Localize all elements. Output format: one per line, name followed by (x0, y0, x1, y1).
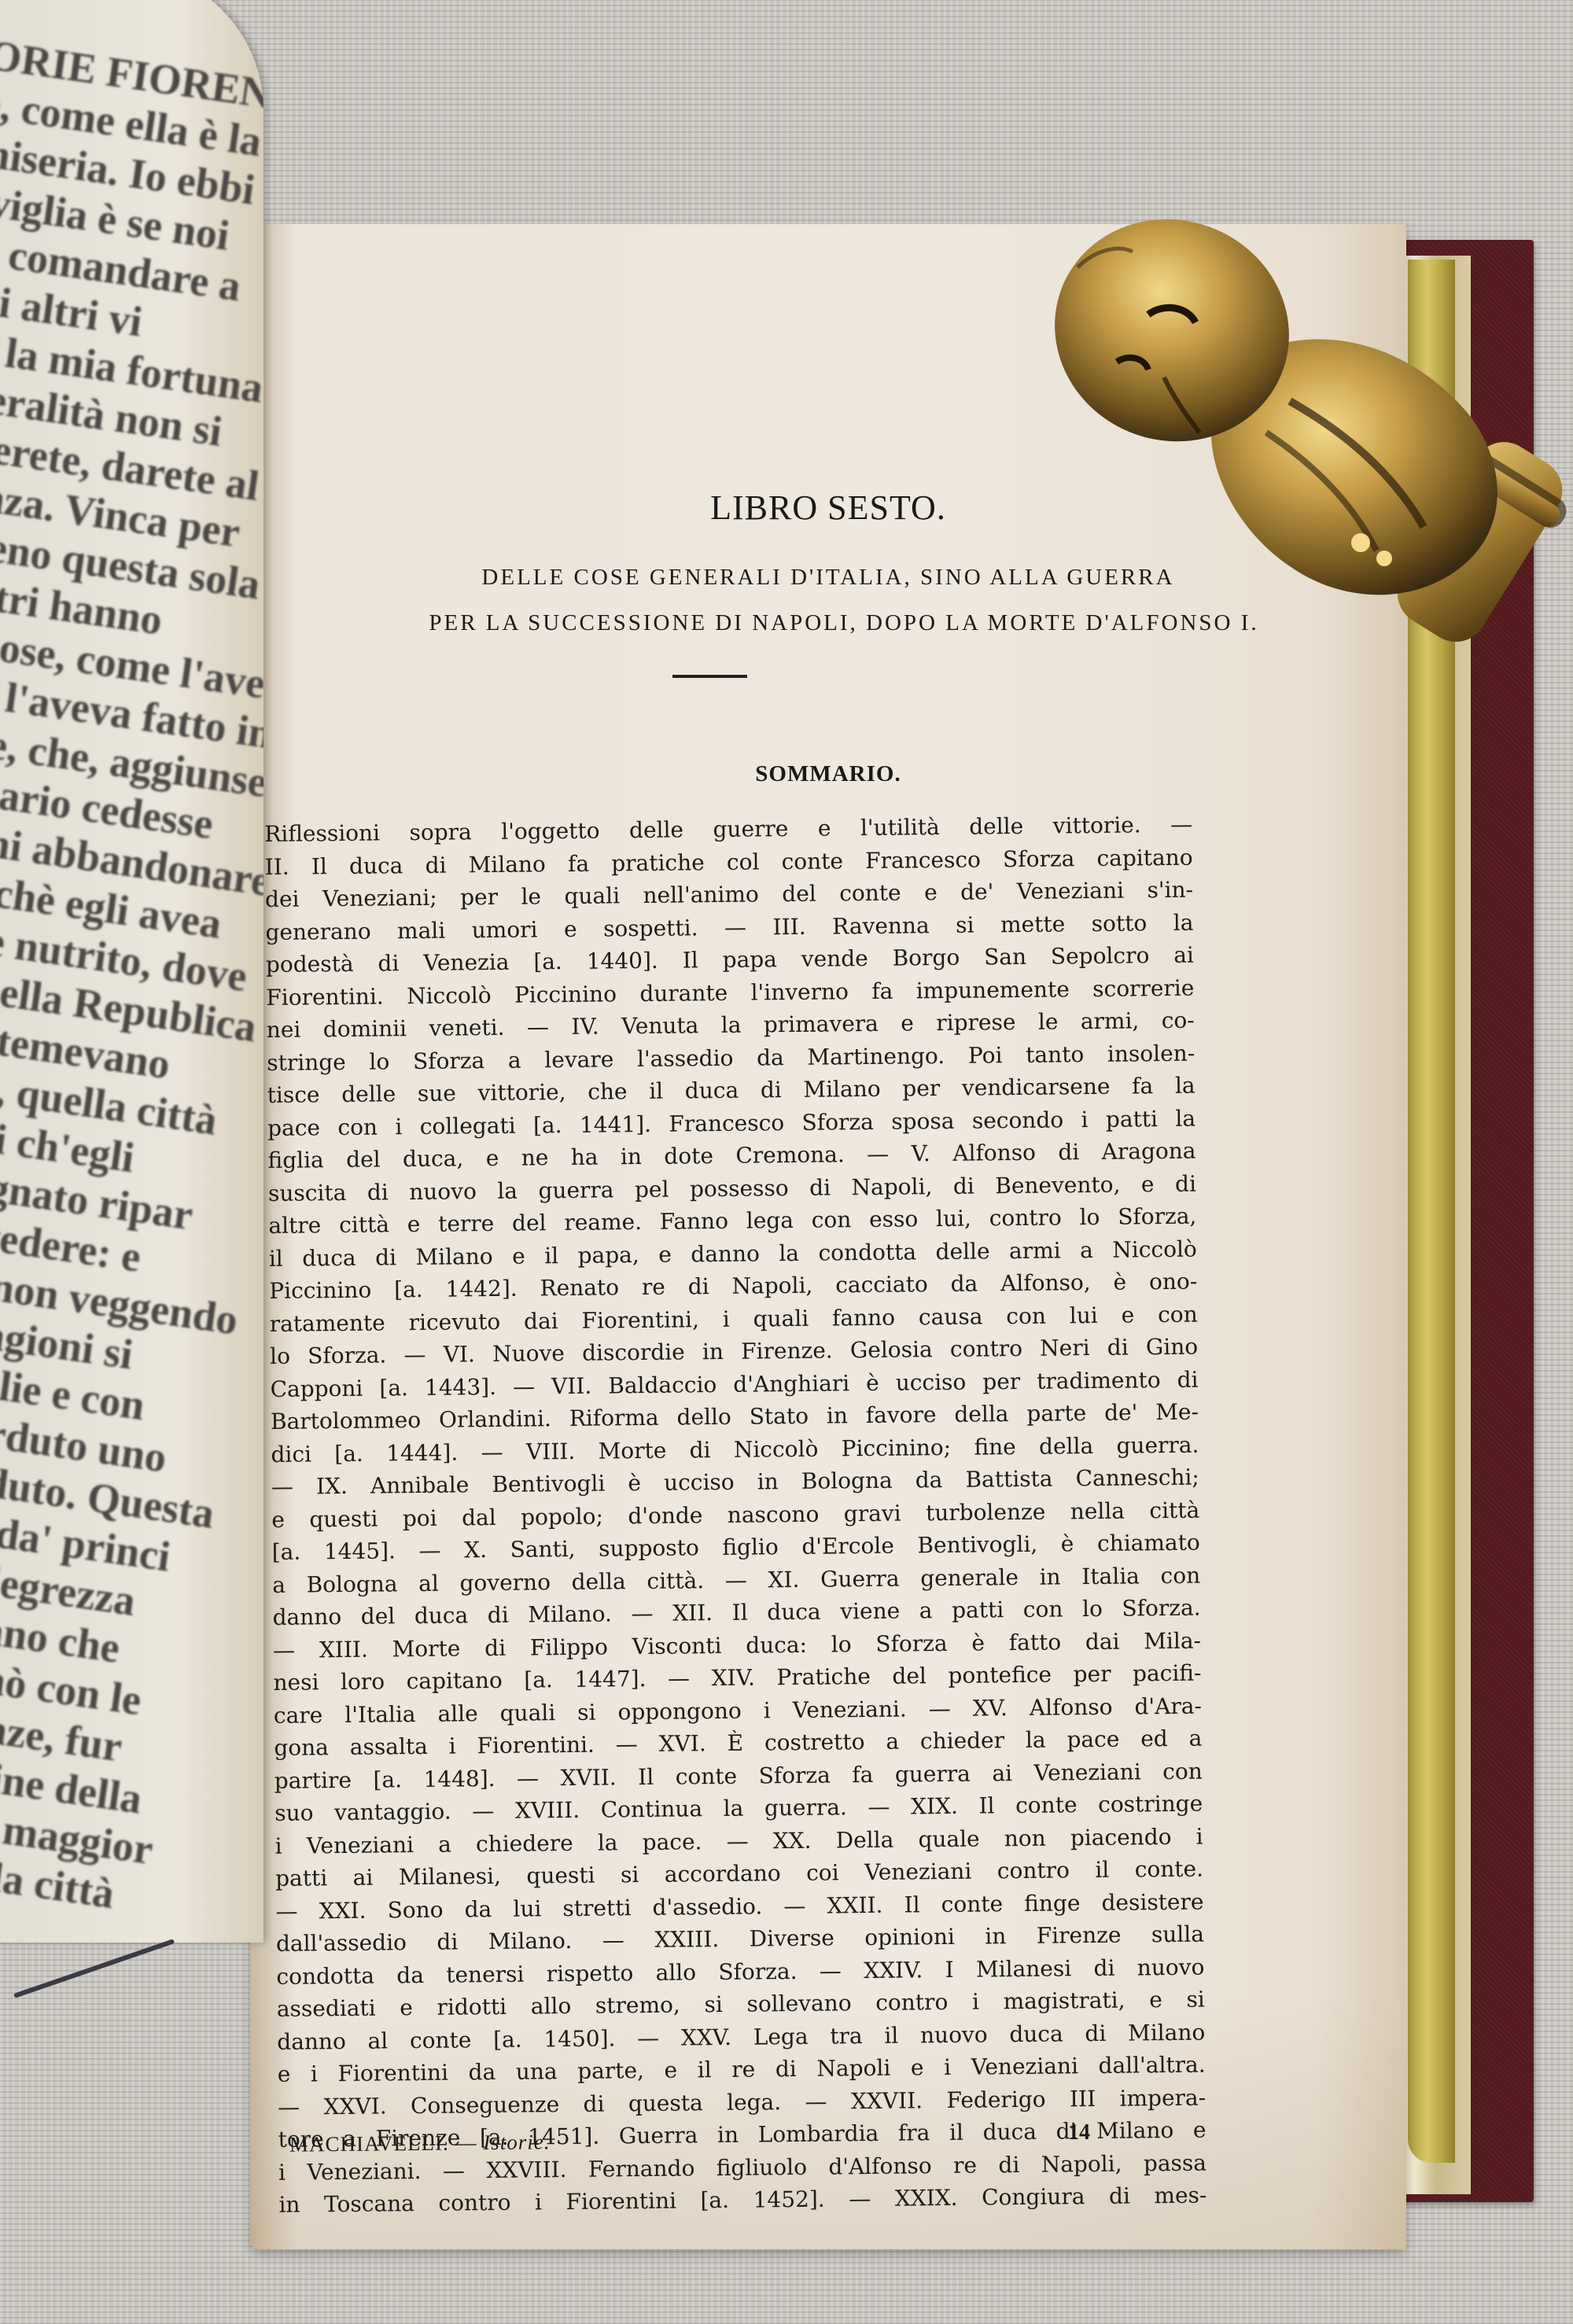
page-footer: MACHIAVELLI. — Istorie. (289, 2130, 551, 2156)
footer-author: MACHIAVELLI. (289, 2131, 449, 2156)
section-divider (672, 675, 747, 678)
summary-text: Riflessioni sopra l'oggetto delle guerre… (264, 808, 1207, 2222)
summary-heading: SOMMARIO. (250, 761, 1406, 787)
left-page-text: ORIE FIORENTINEe, come ella è lamiseria.… (0, 31, 263, 1903)
pen-mark (13, 1939, 175, 1998)
footer-work-title: Istorie. (483, 2130, 551, 2154)
left-page: ORIE FIORENTINEe, come ella è lamiseria.… (0, 0, 263, 1943)
signature-mark: 14 (1068, 2120, 1090, 2145)
bust-icon (1030, 197, 1573, 668)
footer-separator: — (449, 2131, 484, 2154)
